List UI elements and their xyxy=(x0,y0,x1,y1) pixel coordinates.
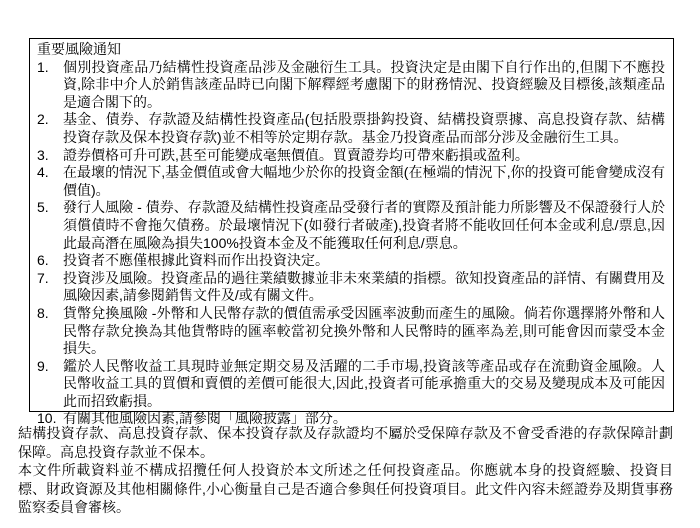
risk-item-number: 9. xyxy=(37,358,63,376)
risk-item-text: 投資涉及風險。投資產品的過往業績數據並非未來業績的指標。欲知投資產品的詳情、有關… xyxy=(63,270,665,305)
risk-item-4: 4. 在最壞的情況下,基金價值或會大幅地少於你的投資金額(在極端的情況下,你的投… xyxy=(37,164,665,199)
risk-item-5: 5. 發行人風險 - 債券、存款證及結構性投資產品受發行者的實際及預計能力所影響… xyxy=(37,199,665,252)
risk-item-6: 6. 投資者不應僅根據此資料而作出投資決定。 xyxy=(37,252,665,270)
risk-item-1: 1. 個別投資產品乃結構性投資產品涉及金融衍生工具。投資決定是由閣下自行作出的,… xyxy=(37,59,665,112)
risk-item-9: 9. 鑑於人民幣收益工具現時並無定期交易及活躍的二手市場,投資該等產品或存在流動… xyxy=(37,358,665,411)
risk-item-8: 8. 貨幣兌換風險 -外幣和人民幣存款的價值需承受因匯率波動而產生的風險。倘若你… xyxy=(37,305,665,358)
risk-item-2: 2. 基金、債券、存款證及結構性投資產品(包括股票掛鈎投資、結構投資票據、高息投… xyxy=(37,111,665,146)
risk-item-number: 8. xyxy=(37,305,63,323)
risk-item-text: 證券價格可升可跌,甚至可能變成毫無價值。買賣證券均可帶來虧損或盈利。 xyxy=(63,147,665,165)
risk-item-number: 6. xyxy=(37,252,63,270)
risk-item-text: 在最壞的情況下,基金價值或會大幅地少於你的投資金額(在極端的情況下,你的投資可能… xyxy=(63,164,665,199)
notice-title: 重要風險通知 xyxy=(37,41,665,59)
risk-item-number: 5. xyxy=(37,199,63,217)
risk-item-number: 1. xyxy=(37,59,63,77)
risk-item-number: 7. xyxy=(37,270,63,288)
risk-notice-box: 重要風險通知 1. 個別投資產品乃結構性投資產品涉及金融衍生工具。投資決定是由閣… xyxy=(29,38,674,412)
risk-item-7: 7. 投資涉及風險。投資產品的過往業績數據並非未來業績的指標。欲知投資產品的詳情… xyxy=(37,270,665,305)
risk-item-number: 2. xyxy=(37,111,63,129)
risk-item-text: 貨幣兌換風險 -外幣和人民幣存款的價值需承受因匯率波動而產生的風險。倘若你選擇將… xyxy=(63,305,665,358)
risk-item-number: 4. xyxy=(37,164,63,182)
risk-item-text: 個別投資產品乃結構性投資產品涉及金融衍生工具。投資決定是由閣下自行作出的,但閣下… xyxy=(63,59,665,112)
risk-item-text: 發行人風險 - 債券、存款證及結構性投資產品受發行者的實際及預計能力所影響及不保… xyxy=(63,199,665,252)
risk-item-text: 投資者不應僅根據此資料而作出投資決定。 xyxy=(63,252,665,270)
deposit-protection-disclaimer: 結構投資存款、高息投資存款、保本投資存款及存款證均不屬於受保障存款及不會受香港的… xyxy=(18,424,673,461)
no-solicitation-disclaimer: 本文件所載資料並不構成招攬任何人投資於本文所述之任何投資產品。你應就本身的投資經… xyxy=(18,461,673,517)
risk-item-number: 3. xyxy=(37,147,63,165)
document-page: 重要風險通知 1. 個別投資產品乃結構性投資產品涉及金融衍生工具。投資決定是由閣… xyxy=(0,0,700,528)
risk-item-3: 3. 證券價格可升可跌,甚至可能變成毫無價值。買賣證券均可帶來虧損或盈利。 xyxy=(37,147,665,165)
footer-disclaimers: 結構投資存款、高息投資存款、保本投資存款及存款證均不屬於受保障存款及不會受香港的… xyxy=(18,424,673,517)
risk-item-text: 鑑於人民幣收益工具現時並無定期交易及活躍的二手市場,投資該等產品或存在流動資金風… xyxy=(63,358,665,411)
risk-item-text: 基金、債券、存款證及結構性投資產品(包括股票掛鈎投資、結構投資票據、高息投資存款… xyxy=(63,111,665,146)
